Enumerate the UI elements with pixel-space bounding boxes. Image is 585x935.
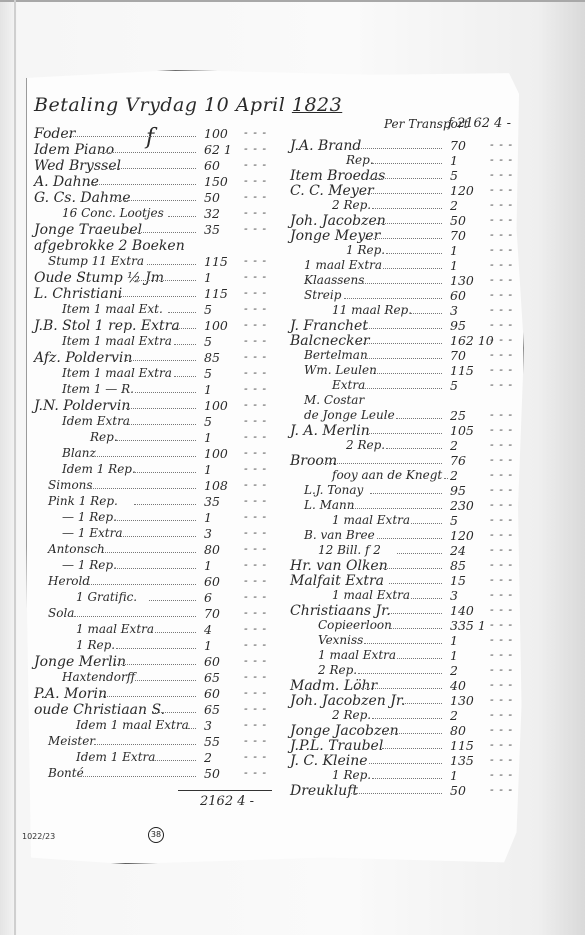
entry-amount: 5 <box>450 168 458 183</box>
entry-label: Bertelman <box>304 348 368 362</box>
entry-label: Vexniss <box>318 633 363 647</box>
amount-dashes: - - - <box>490 378 513 391</box>
entry-amount: 65 <box>204 702 220 717</box>
leader-dots <box>411 313 442 314</box>
leader-dots <box>168 216 196 217</box>
leader-dots <box>149 600 196 601</box>
amount-dashes: - - - <box>490 483 513 496</box>
entry-amount: 108 <box>204 478 228 493</box>
amount-dashes: - - - <box>490 783 513 796</box>
entry-amount: 120 <box>450 528 474 543</box>
leader-dots <box>356 148 442 149</box>
entry-label: afgebrokke 2 Boeken <box>34 238 185 254</box>
leader-dots <box>369 433 442 434</box>
entry-label: Jonge Traeubel <box>34 222 142 238</box>
leader-dots <box>126 232 196 233</box>
entry-amount: 95 <box>450 483 466 498</box>
amount-dashes: - - - <box>244 318 267 331</box>
entry-amount: 1 <box>204 510 212 525</box>
leader-dots <box>389 583 442 584</box>
entry-amount: 40 <box>450 678 466 693</box>
entry-label: Afz. Poldervin <box>34 350 132 366</box>
ledger-entry: Bonté50- - - <box>34 766 284 785</box>
entry-amount: 1 <box>204 382 212 397</box>
leader-dots <box>370 373 442 374</box>
amount-dashes: - - - <box>490 558 513 571</box>
leader-dots <box>100 696 196 697</box>
leader-dots <box>372 718 442 719</box>
entry-label: 2 Rep. <box>332 708 371 722</box>
entry-label: Malfait Extra <box>290 573 384 589</box>
leader-dots <box>369 178 442 179</box>
entry-label: J.N. Poldervin <box>34 398 130 414</box>
entry-amount: 70 <box>450 228 466 243</box>
entry-label: Item 1 — R. <box>62 382 134 396</box>
leader-dots <box>135 472 196 473</box>
amount-dashes: - - - <box>490 768 513 781</box>
ledger-entry: Dreukluft50- - - <box>290 783 510 802</box>
entry-label: Sola <box>48 606 74 620</box>
entry-amount: 150 <box>204 174 228 189</box>
entry-amount: 80 <box>450 723 466 738</box>
leader-dots <box>107 168 196 169</box>
amount-dashes: - - - <box>490 243 513 256</box>
amount-dashes: - - - <box>490 573 513 586</box>
entry-amount: 70 <box>450 348 466 363</box>
entry-label: Joh. Jacobzen Jr. <box>290 693 406 709</box>
entry-amount: 1 <box>450 633 458 648</box>
leader-dots <box>363 358 442 359</box>
amount-dashes: - - - <box>490 408 513 421</box>
leader-dots <box>363 328 442 329</box>
entry-label: 12 Bill. f 2 <box>318 543 381 557</box>
entry-amount: 5 <box>450 513 458 528</box>
amount-dashes: - - - <box>490 648 513 661</box>
leader-dots <box>349 793 442 794</box>
amount-dashes: - - - <box>490 438 513 451</box>
amount-dashes: - - - <box>244 638 267 651</box>
entry-amount: 1 <box>450 258 458 273</box>
amount-dashes: - - - <box>490 708 513 721</box>
amount-dashes: - - - <box>244 478 267 491</box>
entry-amount: 5 <box>204 414 212 429</box>
entry-label: Oude Stump ½ Jm <box>34 270 164 286</box>
entry-amount: 105 <box>450 423 474 438</box>
entry-label: L. Mann <box>304 498 355 512</box>
leader-dots <box>113 664 196 665</box>
scan-edge-top <box>0 0 585 2</box>
leader-dots <box>397 553 442 554</box>
amount-dashes: - - - <box>244 190 267 203</box>
left-sum-line <box>178 790 272 791</box>
leader-dots <box>376 568 442 569</box>
amount-dashes: - - - <box>244 654 267 667</box>
entry-label: 2 Rep. <box>346 438 385 452</box>
entry-label: 1 maal Extra <box>332 513 410 527</box>
entry-amount: 100 <box>204 398 228 413</box>
amount-dashes: - - - <box>244 254 267 267</box>
leader-dots <box>188 728 196 729</box>
entry-amount: 5 <box>450 378 458 393</box>
leader-dots <box>67 136 196 137</box>
entry-amount: 2 <box>450 663 458 678</box>
leader-dots <box>126 360 196 361</box>
leader-dots <box>358 673 442 674</box>
entry-label: G. Cs. Dahme <box>34 190 131 206</box>
entry-label: 1 Rep. <box>332 768 371 782</box>
amount-dashes: - - - <box>244 590 267 603</box>
amount-dashes: - - - <box>244 350 267 363</box>
amount-dashes: - - - <box>244 142 267 155</box>
entry-amount: 50 <box>204 766 220 781</box>
title-text: Betaling Vrydag 10 April <box>34 94 285 116</box>
entry-label: Hr. van Olken <box>290 558 388 574</box>
entry-label: Foder <box>34 126 75 142</box>
entry-label: Jonge Meyer <box>290 228 380 244</box>
leader-dots <box>444 478 448 479</box>
archive-reference: 1022/23 <box>22 832 55 841</box>
amount-dashes: - - - <box>244 446 267 459</box>
entry-amount: 1 <box>450 768 458 783</box>
leader-dots <box>153 712 196 713</box>
entry-label: 1 Rep. <box>346 243 385 257</box>
entry-label: Balcnecker <box>290 333 370 349</box>
amount-dashes: - - - <box>490 213 513 226</box>
entry-amount: 3 <box>204 526 212 541</box>
leader-dots <box>402 703 442 704</box>
entry-amount: 4 <box>204 622 212 637</box>
leader-dots <box>377 538 442 539</box>
leader-dots <box>364 643 442 644</box>
leader-dots <box>155 760 196 761</box>
entry-amount: 60 <box>204 574 220 589</box>
amount-dashes: - - - <box>244 414 267 427</box>
entry-amount: 15 <box>450 573 466 588</box>
entry-label: Christiaans Jr. <box>290 603 391 619</box>
entry-amount: 35 <box>204 494 220 509</box>
amount-dashes: - - - <box>244 542 267 555</box>
amount-dashes: - - - <box>244 334 267 347</box>
entry-amount: 115 <box>450 738 474 753</box>
amount-dashes: - - - <box>490 318 513 331</box>
amount-dashes: - - - <box>490 588 513 601</box>
entry-amount: 140 <box>450 603 474 618</box>
entry-label: Meister <box>48 734 95 748</box>
entry-label: M. Costar <box>304 393 364 407</box>
amount-dashes: - - - <box>490 228 513 241</box>
amount-dashes: - - - <box>244 526 267 539</box>
amount-dashes: - - - <box>244 606 267 619</box>
leader-dots <box>133 280 196 281</box>
amount-dashes: - - - <box>244 622 267 635</box>
amount-dashes: - - - <box>244 270 267 283</box>
amount-dashes: - - - <box>490 513 513 526</box>
leader-dots <box>391 628 442 629</box>
amount-dashes: - - - <box>490 723 513 736</box>
entry-label: Idem 1 maal Extra <box>76 718 189 732</box>
entry-amount: 24 <box>450 543 466 558</box>
entry-amount: 1 <box>204 270 212 285</box>
entry-label: J. A. Merlin <box>290 423 370 439</box>
entry-amount: 65 <box>204 670 220 685</box>
amount-dashes: - - - <box>244 398 267 411</box>
entry-label: L. Christiani <box>34 286 122 302</box>
leader-dots <box>363 238 442 239</box>
entry-label: 2 Rep. <box>332 198 371 212</box>
entry-label: — 1 Extra <box>62 526 123 540</box>
entry-label: Joh. Jacobzen <box>290 213 386 229</box>
amount-dashes: - - - <box>244 158 267 171</box>
amount-dashes: - - - <box>244 734 267 747</box>
entry-label: Item 1 maal Extra <box>62 334 172 348</box>
entry-label: Wm. Leulen <box>304 363 377 377</box>
amount-dashes: - - - <box>490 288 513 301</box>
entry-amount: 50 <box>204 190 220 205</box>
entry-label: J.P.L. Traubel <box>290 738 383 754</box>
leader-dots <box>386 253 442 254</box>
leader-dots <box>174 328 196 329</box>
entry-label: 1 Gratific. <box>76 590 137 604</box>
title-year: 1823 <box>292 94 342 116</box>
entry-label: B. van Bree <box>304 528 375 542</box>
entry-amount: 100 <box>204 126 228 141</box>
amount-dashes: - - - <box>244 462 267 475</box>
entry-amount: 120 <box>450 183 474 198</box>
entry-label: oude Christiaan S. <box>34 702 165 718</box>
entry-label: Pink 1 Rep. <box>48 494 118 508</box>
leader-dots <box>120 296 196 297</box>
leader-dots <box>115 520 196 521</box>
entry-amount: 115 <box>204 254 228 269</box>
entry-amount: 70 <box>450 138 466 153</box>
amount-dashes: - - - <box>490 258 513 271</box>
amount-dashes: - - - <box>244 174 267 187</box>
entry-amount: 100 <box>204 318 228 333</box>
entry-amount: 5 <box>204 302 212 317</box>
entry-amount: 100 <box>204 446 228 461</box>
entry-amount: 2 <box>450 198 458 213</box>
entry-label: Rep. <box>90 430 118 444</box>
entry-label: L.J. Tonay <box>304 483 363 497</box>
entry-label: Broom <box>290 453 337 469</box>
leader-dots <box>128 424 196 425</box>
entry-label: Idem Extra <box>62 414 130 428</box>
leader-dots <box>350 508 442 509</box>
entry-label: 16 Conc. Lootjes <box>62 206 164 220</box>
entry-amount: 95 <box>450 318 466 333</box>
entry-amount: 130 <box>450 273 474 288</box>
entry-label: fooy aan de Knegt <box>332 468 442 482</box>
entry-label: 11 maal Rep. <box>332 303 412 317</box>
entry-label: Streip <box>304 288 341 302</box>
entry-amount: 1 <box>204 558 212 573</box>
amount-dashes: - - - <box>490 348 513 361</box>
leader-dots <box>411 523 442 524</box>
leader-dots <box>155 632 196 633</box>
entry-amount: 1 <box>204 462 212 477</box>
leader-dots <box>135 680 196 681</box>
amount-dashes: - - - <box>244 126 267 139</box>
amount-dashes: - - - <box>244 702 267 715</box>
entry-label: Wed Bryssel <box>34 158 121 174</box>
entry-label: Rep. <box>346 153 374 167</box>
entry-amount: 1 <box>450 243 458 258</box>
entry-label: Dreukluft <box>290 783 358 799</box>
entry-amount: 3 <box>450 588 458 603</box>
leader-dots <box>344 298 442 299</box>
entry-label: P.A. Morin <box>34 686 107 702</box>
amount-dashes: - - - <box>244 366 267 379</box>
entry-amount: 162 10 <box>450 333 494 348</box>
leader-dots <box>94 744 196 745</box>
amount-dashes: - - - <box>490 168 513 181</box>
leader-dots <box>126 408 196 409</box>
entry-amount: 32 <box>204 206 220 221</box>
carry-forward-amount: f 2162 4 - <box>448 116 511 131</box>
entry-label: Extra <box>332 378 365 392</box>
entry-label: Blanz <box>62 446 96 460</box>
entry-amount: 1 <box>204 430 212 445</box>
entry-amount: 60 <box>204 158 220 173</box>
entry-amount: 50 <box>450 783 466 798</box>
entry-label: de Jonge Leule <box>304 408 395 422</box>
leader-dots <box>372 778 442 779</box>
leader-dots <box>363 193 442 194</box>
leader-dots <box>95 456 196 457</box>
leader-dots <box>147 264 196 265</box>
entry-amount: 6 <box>204 590 212 605</box>
entry-label: Madm. Löhr <box>290 678 377 694</box>
entry-label: Jonge Merlin <box>34 654 126 670</box>
entry-label: Bonté <box>48 766 84 780</box>
leader-dots <box>372 208 442 209</box>
amount-dashes: - - - <box>490 678 513 691</box>
entry-amount: 60 <box>450 288 466 303</box>
leader-dots <box>356 688 442 689</box>
amount-dashes: - - - <box>244 558 267 571</box>
entry-amount: 60 <box>204 686 220 701</box>
amount-dashes: - - - <box>490 693 513 706</box>
amount-dashes: - - - <box>244 510 267 523</box>
entry-label: 1 maal Extra <box>76 622 154 636</box>
entry-label: Item Broedas <box>290 168 385 184</box>
leader-dots <box>135 392 196 393</box>
amount-dashes: - - - <box>490 498 513 511</box>
amount-dashes: - - - <box>244 286 267 299</box>
amount-dashes: - - - <box>490 753 513 766</box>
entry-amount: 1 <box>204 638 212 653</box>
leader-dots <box>382 748 442 749</box>
amount-dashes: - - - <box>490 333 513 346</box>
entry-label: Idem Piano <box>34 142 114 158</box>
amount-dashes: - - - <box>490 198 513 211</box>
amount-dashes: - - - <box>490 153 513 166</box>
amount-dashes: - - - <box>490 138 513 151</box>
entry-label: Stump 11 Extra <box>48 254 144 268</box>
amount-dashes: - - - <box>490 468 513 481</box>
entry-label: Idem 1 Extra <box>76 750 155 764</box>
entry-label: 1 maal Extra <box>332 588 410 602</box>
entry-label: 1 Rep. <box>76 638 115 652</box>
leader-dots <box>134 504 196 505</box>
entry-label: J. C. Kleine <box>290 753 368 769</box>
leader-dots <box>116 648 196 649</box>
entry-label: J.B. Stol 1 rep. Extra <box>34 318 180 334</box>
entry-label: — 1 Rep. <box>62 558 117 572</box>
amount-dashes: - - - <box>490 633 513 646</box>
leader-dots <box>168 312 196 313</box>
amount-dashes: - - - <box>490 738 513 751</box>
amount-dashes: - - - <box>490 363 513 376</box>
leader-dots <box>396 418 442 419</box>
entry-amount: 2 <box>450 468 458 483</box>
amount-dashes: - - - <box>490 528 513 541</box>
entry-amount: 50 <box>450 213 466 228</box>
entry-amount: 1 <box>450 648 458 663</box>
amount-dashes: - - - <box>490 183 513 196</box>
entry-label: Copieerloon <box>318 618 392 632</box>
leader-dots <box>74 616 196 617</box>
leader-dots <box>174 344 196 345</box>
amount-dashes: - - - <box>244 382 267 395</box>
amount-dashes: - - - <box>490 273 513 286</box>
entry-label: J.A. Brand <box>290 138 361 154</box>
leader-dots <box>116 440 196 441</box>
amount-dashes: - - - <box>244 670 267 683</box>
entry-label: Item 1 maal Ext. <box>62 302 163 316</box>
amount-dashes: - - - <box>244 222 267 235</box>
scan-edge-left <box>14 0 16 935</box>
leader-dots <box>100 152 196 153</box>
amount-dashes: - - - <box>490 453 513 466</box>
leader-dots <box>370 493 442 494</box>
entry-amount: 2 <box>204 750 212 765</box>
entry-amount: 70 <box>204 606 220 621</box>
leader-dots <box>113 200 196 201</box>
leader-dots <box>383 268 442 269</box>
leader-dots <box>369 763 442 764</box>
amount-dashes: - - - <box>244 574 267 587</box>
leader-dots <box>81 776 196 777</box>
entry-amount: 55 <box>204 734 220 749</box>
entry-label: Herold <box>48 574 90 588</box>
left-column-total: 2162 4 - <box>200 794 254 809</box>
entry-label: A. Dahne <box>34 174 99 190</box>
page-number-stamp: 38 <box>148 827 164 843</box>
leader-dots <box>88 584 196 585</box>
amount-dashes: - - - <box>490 618 513 631</box>
entry-label: Item 1 maal Extra <box>62 366 172 380</box>
amount-dashes: - - - <box>490 663 513 676</box>
entry-amount: 85 <box>204 350 220 365</box>
entry-amount: 3 <box>450 303 458 318</box>
entry-amount: 62 1 <box>204 142 232 157</box>
leader-dots <box>365 388 442 389</box>
entry-amount: 3 <box>204 718 212 733</box>
entry-amount: 60 <box>204 654 220 669</box>
amount-dashes: - - - <box>244 494 267 507</box>
leader-dots <box>323 463 442 464</box>
leader-dots <box>88 488 196 489</box>
amount-dashes: - - - <box>244 750 267 763</box>
leader-dots <box>376 223 442 224</box>
amount-dashes: - - - <box>244 686 267 699</box>
leader-dots <box>372 163 442 164</box>
entry-amount: 335 1 <box>450 618 486 633</box>
entry-amount: 35 <box>204 222 220 237</box>
entry-amount: 135 <box>450 753 474 768</box>
entry-label: — 1 Rep. <box>62 510 117 524</box>
